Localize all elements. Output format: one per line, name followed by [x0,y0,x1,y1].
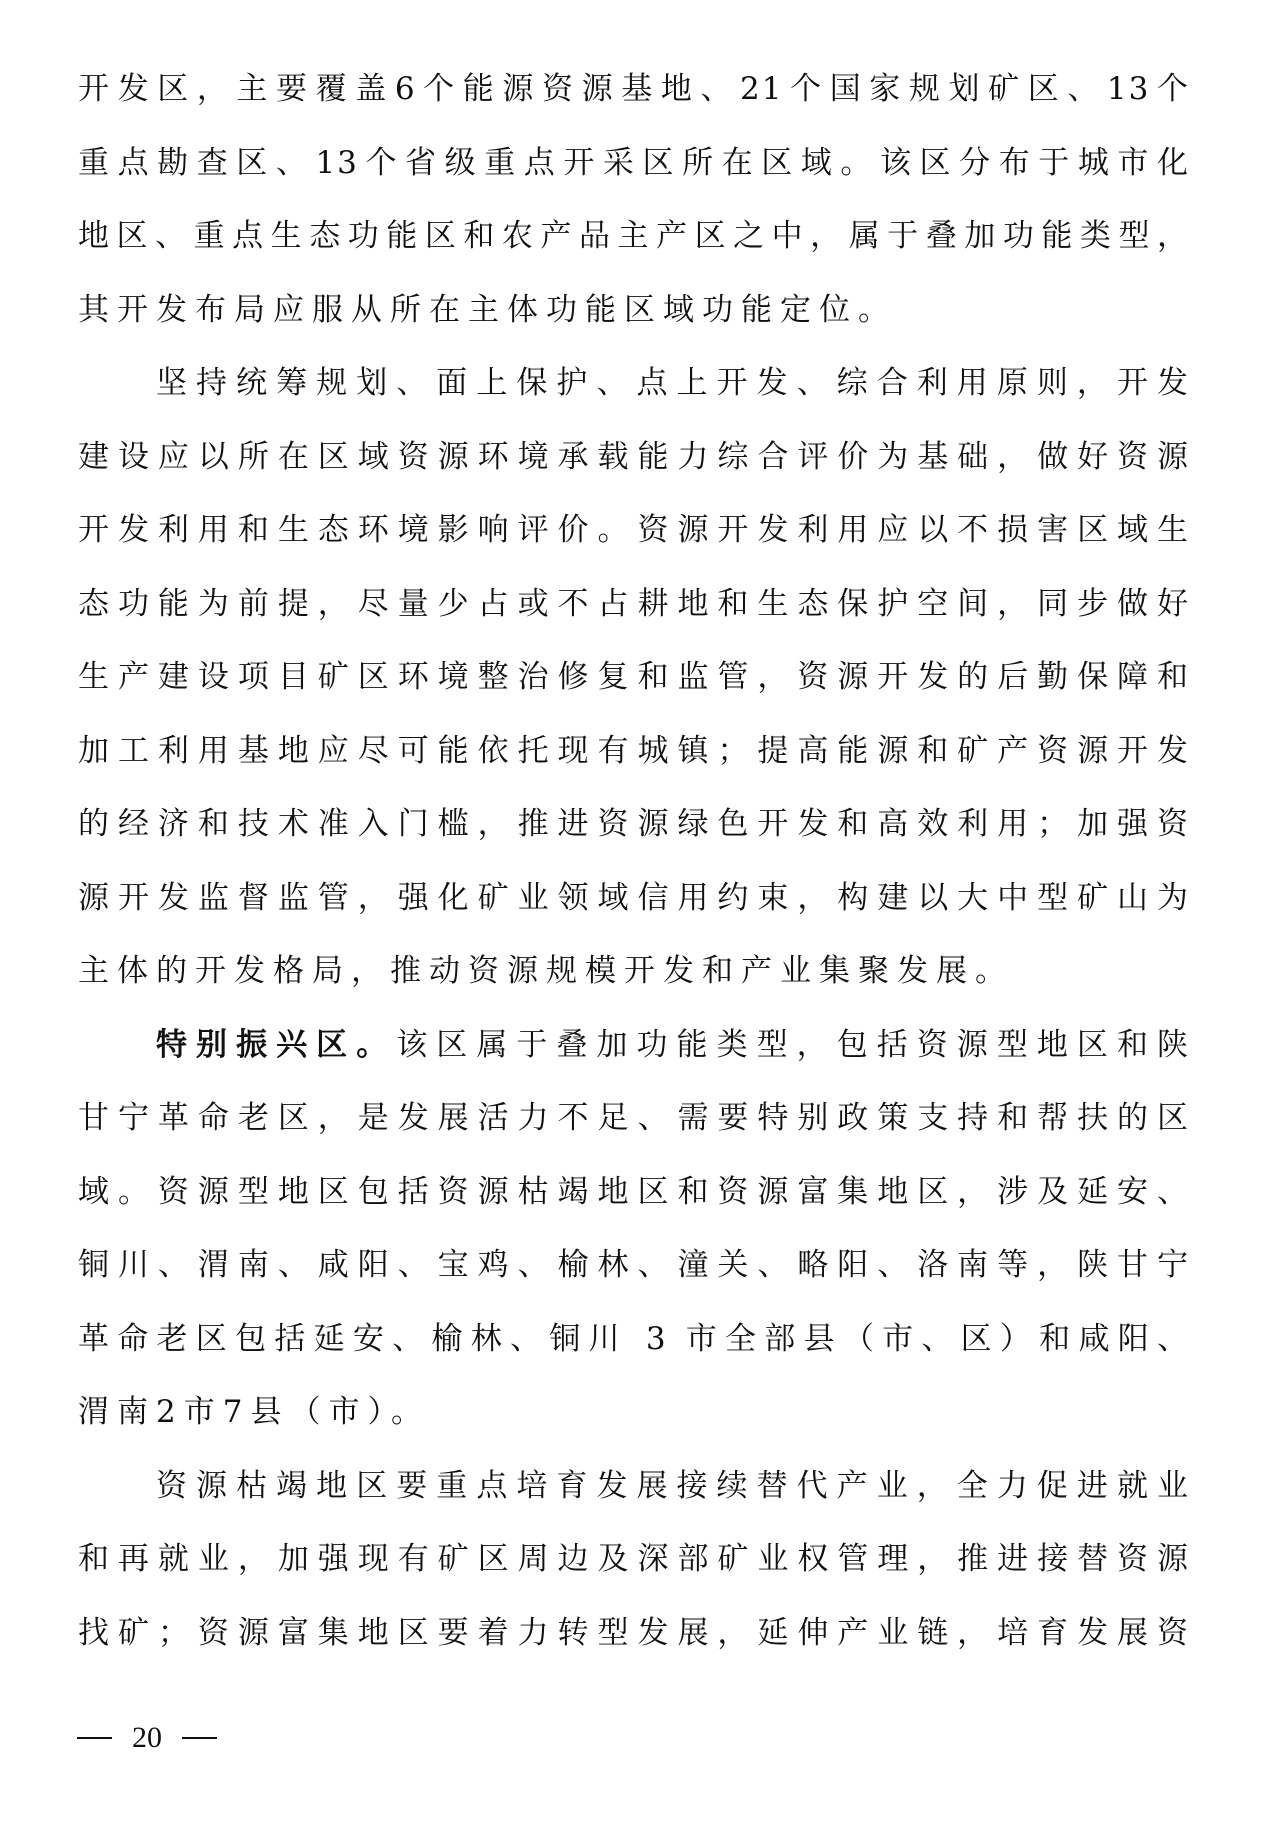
text-line: 坚持统筹规划、面上保护、点上开发、综合利用原则，开发 [78,347,1190,421]
text-line: 域。资源型地区包括资源枯竭地区和资源富集地区，涉及延安、 [78,1156,1190,1230]
text-line: 资源枯竭地区要重点培育发展接续替代产业，全力促进就业 [78,1450,1190,1524]
text-line: 其开发布局应服从所在主体功能区域功能定位。 [78,274,1190,348]
text-line: 革命老区包括延安、榆林、铜川 3 市全部县（市、区）和咸阳、 [78,1303,1190,1377]
text-line: 态功能为前提，尽量少占或不占耕地和生态保护空间，同步做好 [78,568,1190,642]
dash-right [182,1737,217,1739]
page-number-value: 20 [132,1718,162,1758]
text-line: 加工利用基地应尽可能依托现有城镇；提高能源和矿产资源开发 [78,715,1190,789]
page-number: 20 [77,1718,217,1758]
text-line: 地区、重点生态功能区和农产品主产区之中，属于叠加功能类型， [78,200,1190,274]
section-lead-heading: 特别振兴区。 [156,1027,396,1063]
paragraph-special-revitalization-zone: 特别振兴区。该区属于叠加功能类型，包括资源型地区和陕 甘宁革命老区，是发展活力不… [78,1009,1190,1450]
text-line: 特别振兴区。该区属于叠加功能类型，包括资源型地区和陕 [78,1009,1190,1083]
text-line: 渭南2市7县（市）。 [78,1376,1190,1450]
text-line: 和再就业，加强现有矿区周边及深部矿业权管理，推进接替资源 [78,1523,1190,1597]
text-line: 甘宁革命老区，是发展活力不足、需要特别政策支持和帮扶的区 [78,1082,1190,1156]
text-line: 重点勘查区、13个省级重点开采区所在区域。该区分布于城市化 [78,127,1190,201]
paragraph-development-principles: 坚持统筹规划、面上保护、点上开发、综合利用原则，开发 建设应以所在区域资源环境承… [78,347,1190,1009]
body-text: 开发区，主要覆盖6个能源资源基地、21个国家规划矿区、13个 重点勘查区、13个… [78,53,1190,1670]
paragraph-continued: 开发区，主要覆盖6个能源资源基地、21个国家规划矿区、13个 重点勘查区、13个… [78,53,1190,347]
text-line: 铜川、渭南、咸阳、宝鸡、榆林、潼关、略阳、洛南等，陕甘宁 [78,1229,1190,1303]
text-span: 该区属于叠加功能类型，包括资源型地区和陕 [396,1027,1190,1063]
text-line: 源开发监督监管，强化矿业领域信用约束，构建以大中型矿山为 [78,862,1190,936]
dash-left [77,1737,112,1739]
document-page: 开发区，主要覆盖6个能源资源基地、21个国家规划矿区、13个 重点勘查区、13个… [0,0,1280,1846]
text-line: 主体的开发格局，推动资源规模开发和产业集聚发展。 [78,935,1190,1009]
paragraph-resource-areas: 资源枯竭地区要重点培育发展接续替代产业，全力促进就业 和再就业，加强现有矿区周边… [78,1450,1190,1671]
text-line: 开发利用和生态环境影响评价。资源开发利用应以不损害区域生 [78,494,1190,568]
text-line: 开发区，主要覆盖6个能源资源基地、21个国家规划矿区、13个 [78,53,1190,127]
text-line: 生产建设项目矿区环境整治修复和监管，资源开发的后勤保障和 [78,641,1190,715]
text-line: 找矿；资源富集地区要着力转型发展，延伸产业链，培育发展资 [78,1597,1190,1671]
text-line: 建设应以所在区域资源环境承载能力综合评价为基础，做好资源 [78,421,1190,495]
text-line: 的经济和技术准入门槛，推进资源绿色开发和高效利用；加强资 [78,788,1190,862]
